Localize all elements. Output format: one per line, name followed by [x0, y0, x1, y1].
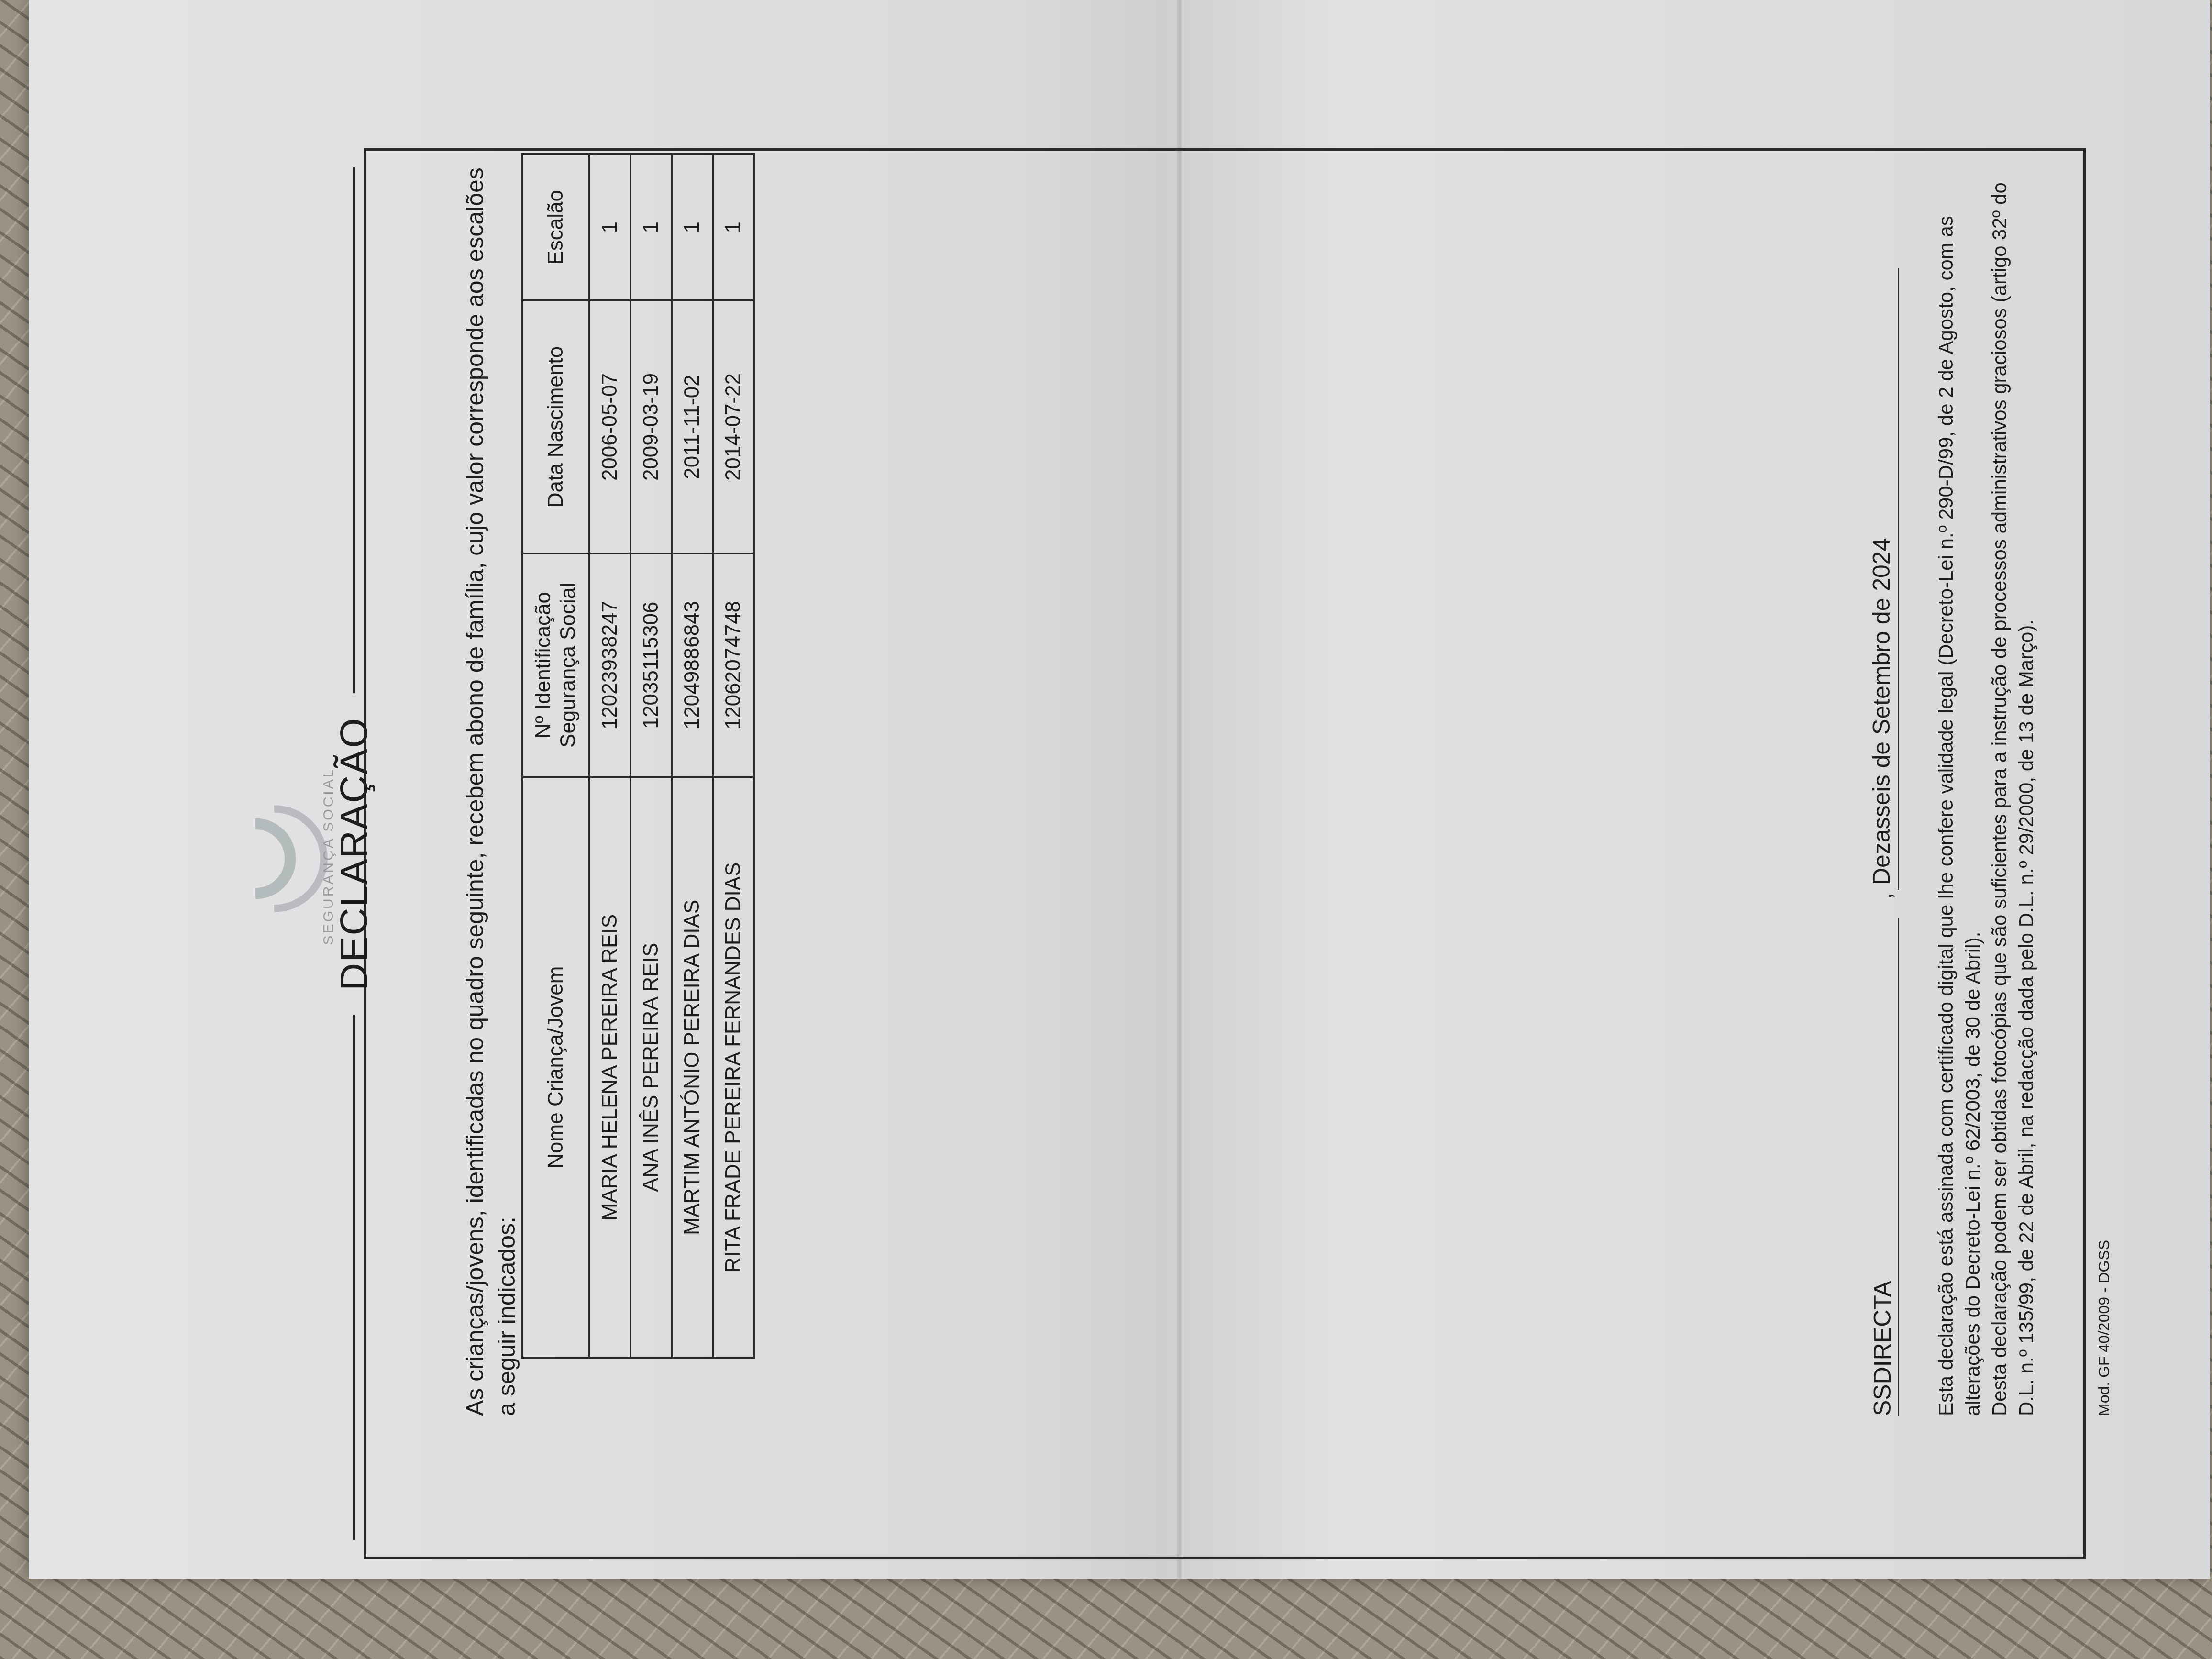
date-underline: [1898, 268, 1899, 890]
child-ss-id: 12023938247: [589, 553, 630, 777]
issue-date: Dezasseis de Setembro de 2024: [1868, 538, 1895, 885]
child-birth-date: 2009-03-19: [630, 300, 672, 553]
page-title: DECLARAÇÃO: [332, 712, 376, 995]
child-escalao: 1: [672, 154, 713, 300]
title-rule-right: [353, 167, 355, 693]
table-row: MARTIM ANTÓNIO PEREIRA DIAS 12049886843 …: [672, 154, 713, 1358]
separator: ,: [1869, 893, 1897, 899]
child-name: RITA FRADE PEREIRA FERNANDES DIAS: [713, 777, 754, 1358]
child-name: MARIA HELENA PEREIRA REIS: [589, 777, 630, 1358]
legal-notice: Esta declaração está assinada com certif…: [1933, 153, 2040, 1416]
issuer-underline: [1898, 918, 1899, 1416]
title-row: DECLARAÇÃO: [325, 148, 383, 1559]
place-date-line: SSDIRECTA , Dezasseis de Setembro de 202…: [1861, 153, 1899, 1416]
legal-paragraph-photocopies: Desta declaração podem ser obtidas fotoc…: [1986, 153, 2040, 1416]
social-security-logo-icon: [206, 796, 330, 921]
declaration-document: SEGURANÇA SOCIAL DECLARAÇÃO As crianças/…: [364, 148, 2086, 1559]
child-ss-id: 12049886843: [672, 553, 713, 777]
model-code: Mod. GF 40/2009 - DGSS: [2095, 1240, 2113, 1416]
issuer-office: SSDIRECTA: [1869, 1281, 1896, 1416]
header-name: Nome Criança/Jovem: [522, 777, 589, 1358]
children-table: Nome Criança/Jovem Nº Identificação Segu…: [521, 153, 755, 1359]
child-birth-date: 2014-07-22: [713, 300, 754, 553]
child-name: MARTIM ANTÓNIO PEREIRA DIAS: [672, 777, 713, 1358]
table-header-row: Nome Criança/Jovem Nº Identificação Segu…: [522, 154, 589, 1358]
child-escalao: 1: [713, 154, 754, 300]
header-escalao: Escalão: [522, 154, 589, 300]
child-ss-id: 12062074748: [713, 553, 754, 777]
table-row: ANA INÊS PEREIRA REIS 12035115306 2009-0…: [630, 154, 672, 1358]
title-rule-left: [353, 1015, 355, 1540]
header-birth-date: Data Nascimento: [522, 300, 589, 553]
table-row: RITA FRADE PEREIRA FERNANDES DIAS 120620…: [713, 154, 754, 1358]
child-escalao: 1: [630, 154, 672, 300]
intro-paragraph: As crianças/jovens, identificadas no qua…: [459, 153, 522, 1416]
legal-paragraph-signature: Esta declaração está assinada com certif…: [1933, 153, 1986, 1416]
child-birth-date: 2006-05-07: [589, 300, 630, 553]
table-row: MARIA HELENA PEREIRA REIS 12023938247 20…: [589, 154, 630, 1358]
child-escalao: 1: [589, 154, 630, 300]
child-ss-id: 12035115306: [630, 553, 672, 777]
child-name: ANA INÊS PEREIRA REIS: [630, 777, 672, 1358]
child-birth-date: 2011-11-02: [672, 300, 713, 553]
header-ss-id: Nº Identificação Segurança Social: [522, 553, 589, 777]
